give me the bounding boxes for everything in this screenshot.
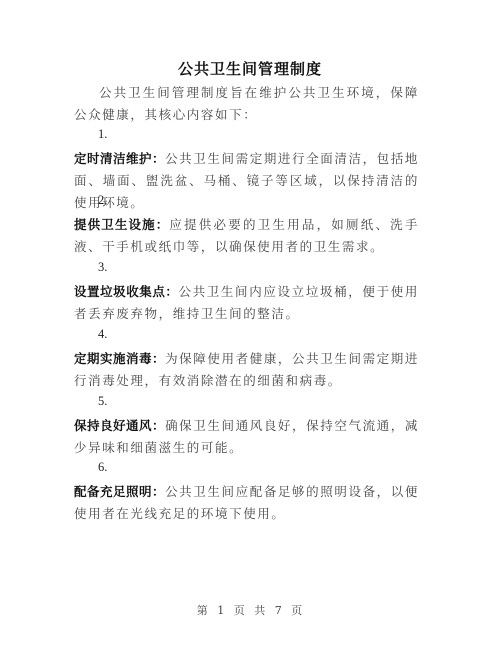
list-item: 设置垃圾收集点：公共卫生间内应设立垃圾桶，便于使用者丢弃废弃物，维持卫生间的整洁…: [74, 281, 419, 325]
item-number: 3.: [98, 260, 107, 275]
document-page: 公共卫生间管理制度 公共卫生间管理制度旨在维护公共卫生环境，保障公众健康，其核心…: [0, 0, 500, 647]
item-number: 1.: [98, 127, 107, 142]
item-heading: 保持良好通风：: [74, 418, 165, 433]
item-heading: 设置垃圾收集点：: [74, 284, 178, 299]
item-number: 5.: [98, 394, 107, 409]
item-number: 2.: [98, 193, 107, 208]
document-title: 公共卫生间管理制度: [0, 58, 500, 79]
item-heading: 定期实施消毒：: [74, 351, 165, 366]
item-number: 4.: [98, 327, 107, 342]
item-number: 6.: [98, 460, 107, 475]
list-item: 定期实施消毒：为保障使用者健康，公共卫生间需定期进行消毒处理，有效消除潜在的细菌…: [74, 348, 419, 392]
intro-paragraph: 公共卫生间管理制度旨在维护公共卫生环境，保障公众健康，其核心内容如下：: [74, 82, 419, 126]
list-item: 配备充足照明：公共卫生间应配备足够的照明设备，以便使用者在光线充足的环境下使用。: [74, 481, 419, 525]
page-footer: 第 1 页 共 7 页: [0, 602, 500, 618]
item-heading: 配备充足照明：: [74, 484, 165, 499]
item-heading: 提供卫生设施：: [74, 217, 169, 232]
list-item: 保持良好通风：确保卫生间通风良好，保持空气流通，减少异味和细菌滋生的可能。: [74, 415, 419, 459]
list-item: 提供卫生设施：应提供必要的卫生用品，如厕纸、洗手液、干手机或纸巾等，以确保使用者…: [74, 214, 419, 258]
list-item: 定时清洁维护：公共卫生间需定期进行全面清洁，包括地面、墙面、盥洗盆、马桶、镜子等…: [74, 148, 419, 214]
item-heading: 定时清洁维护：: [74, 151, 165, 166]
